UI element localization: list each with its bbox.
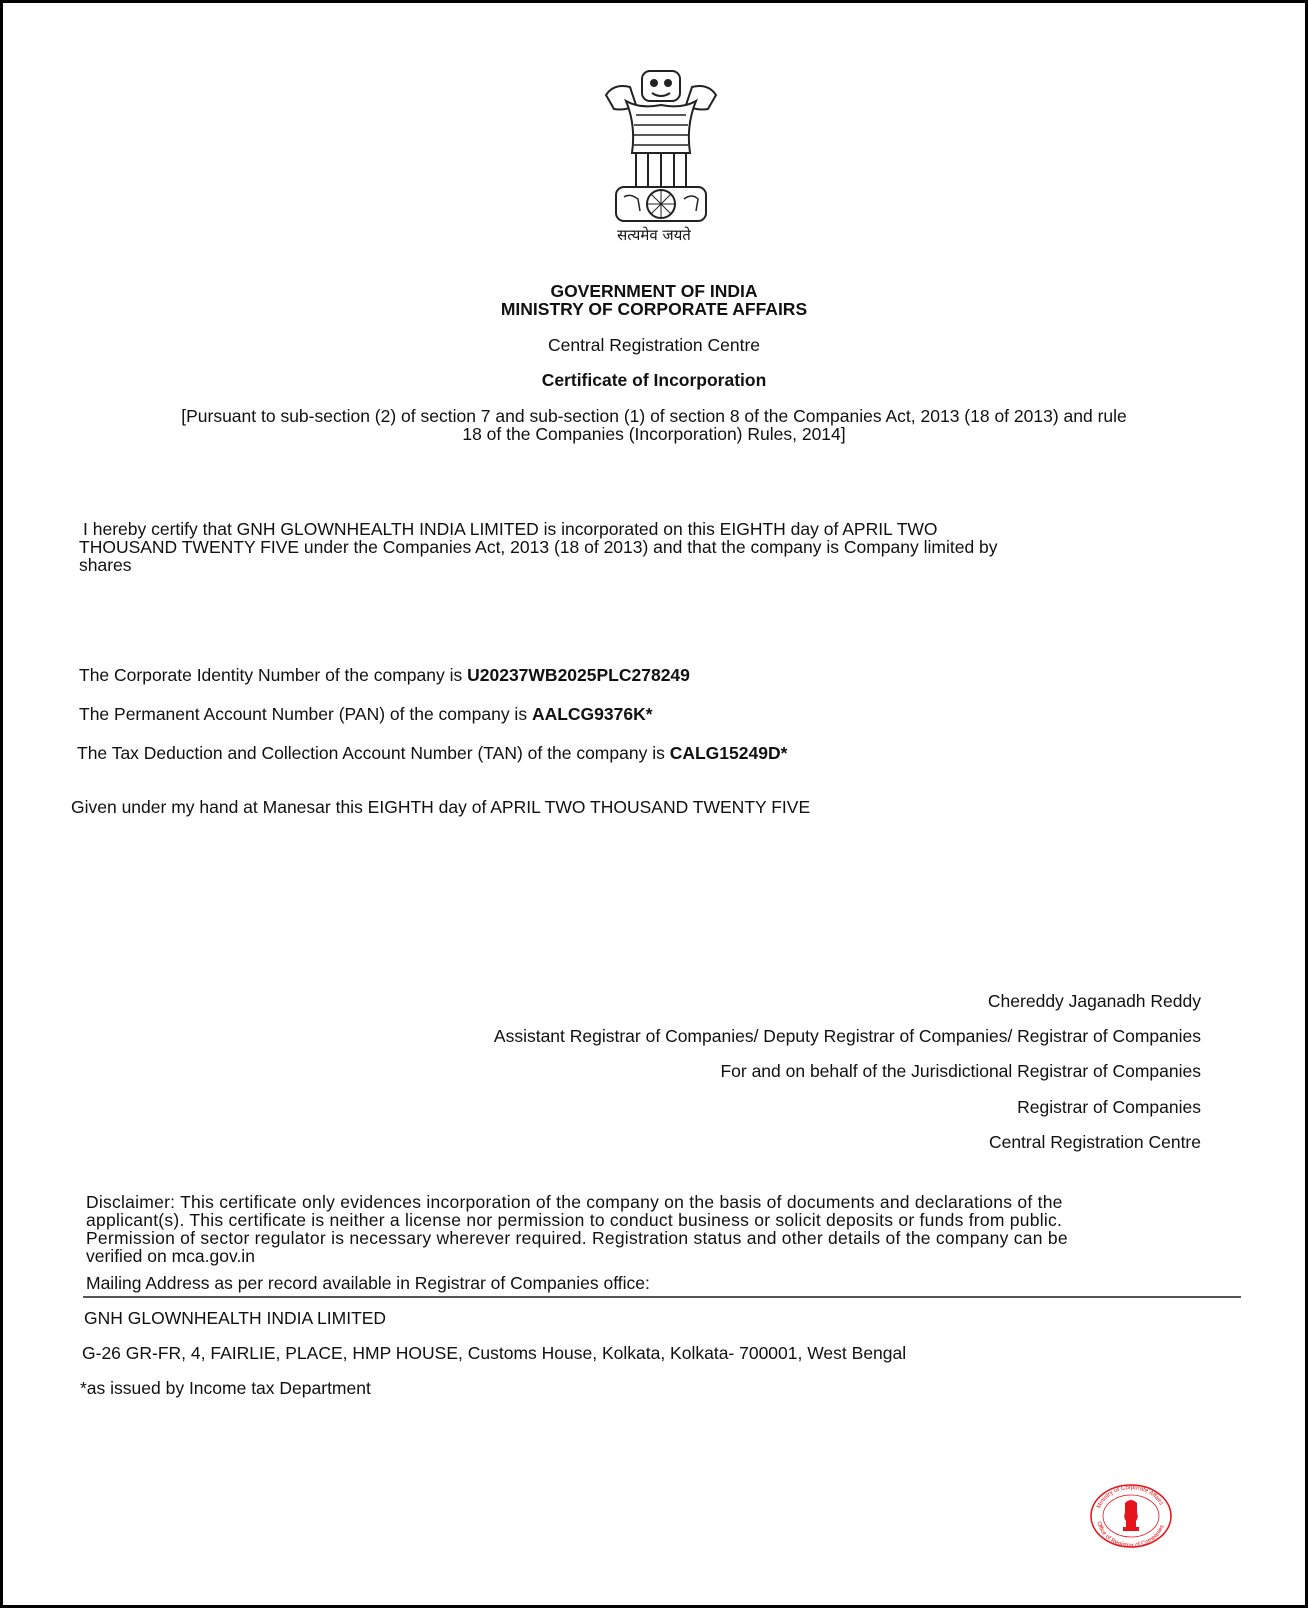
mailing-address: G-26 GR-FR, 4, FAIRLIE, PLACE, HMP HOUSE… <box>82 1343 906 1363</box>
pan-label: The Permanent Account Number (PAN) of th… <box>79 704 532 724</box>
national-emblem-icon <box>596 65 726 245</box>
footnote: *as issued by Income tax Department <box>80 1378 371 1398</box>
signatory-designation: Assistant Registrar of Companies/ Deputy… <box>494 1026 1201 1046</box>
tan-row: The Tax Deduction and Collection Account… <box>77 743 787 763</box>
disclaimer-line-4: verified on mca.gov.in <box>86 1246 255 1266</box>
ministry-heading: MINISTRY OF CORPORATE AFFAIRS <box>3 299 1305 319</box>
government-heading: GOVERNMENT OF INDIA <box>3 281 1305 301</box>
signatory-office: Registrar of Companies <box>1017 1097 1201 1117</box>
centre-label: Central Registration Centre <box>3 335 1305 355</box>
mca-seal-icon: Ministry of Corporate Affairs Office of … <box>1089 1483 1173 1549</box>
signatory-name: Chereddy Jaganadh Reddy <box>988 991 1201 1011</box>
mca-link[interactable]: mca.gov.in <box>172 1246 255 1266</box>
pan-value: AALCG9376K* <box>532 704 653 724</box>
disclaimer-line-1: Disclaimer: This certificate only eviden… <box>86 1192 1063 1212</box>
pan-row: The Permanent Account Number (PAN) of th… <box>79 704 653 724</box>
tan-label: The Tax Deduction and Collection Account… <box>77 743 670 763</box>
cin-row: The Corporate Identity Number of the com… <box>79 665 690 685</box>
emblem-motto: सत्यमेव जयते <box>3 225 1305 245</box>
page-title: Certificate of Incorporation <box>3 370 1305 390</box>
certificate-page: सत्यमेव जयते GOVERNMENT OF INDIA MINISTR… <box>0 0 1308 1608</box>
disclaimer-verified-prefix: verified on <box>86 1246 172 1266</box>
cin-label: The Corporate Identity Number of the com… <box>79 665 467 685</box>
given-under-line: Given under my hand at Manesar this EIGH… <box>71 797 810 817</box>
signatory-on-behalf: For and on behalf of the Jurisdictional … <box>720 1061 1201 1081</box>
disclaimer-line-3: Permission of sector regulator is necess… <box>86 1228 1068 1248</box>
disclaimer-line-2: applicant(s). This certificate is neithe… <box>86 1210 1062 1230</box>
mailing-label: Mailing Address as per record available … <box>86 1273 650 1293</box>
tan-value: CALG15249D* <box>670 743 788 763</box>
cin-value: U20237WB2025PLC278249 <box>467 665 690 685</box>
signatory-centre: Central Registration Centre <box>989 1132 1201 1152</box>
certification-line-2: THOUSAND TWENTY FIVE under the Companies… <box>79 537 998 557</box>
section-divider <box>83 1296 1241 1298</box>
pursuant-line-2: 18 of the Companies (Incorporation) Rule… <box>3 424 1305 444</box>
mailing-company: GNH GLOWNHEALTH INDIA LIMITED <box>84 1308 386 1328</box>
certification-line-3: shares <box>79 555 132 575</box>
certification-line-1: I hereby certify that GNH GLOWNHEALTH IN… <box>83 519 938 539</box>
pursuant-line-1: [Pursuant to sub-section (2) of section … <box>3 406 1305 426</box>
